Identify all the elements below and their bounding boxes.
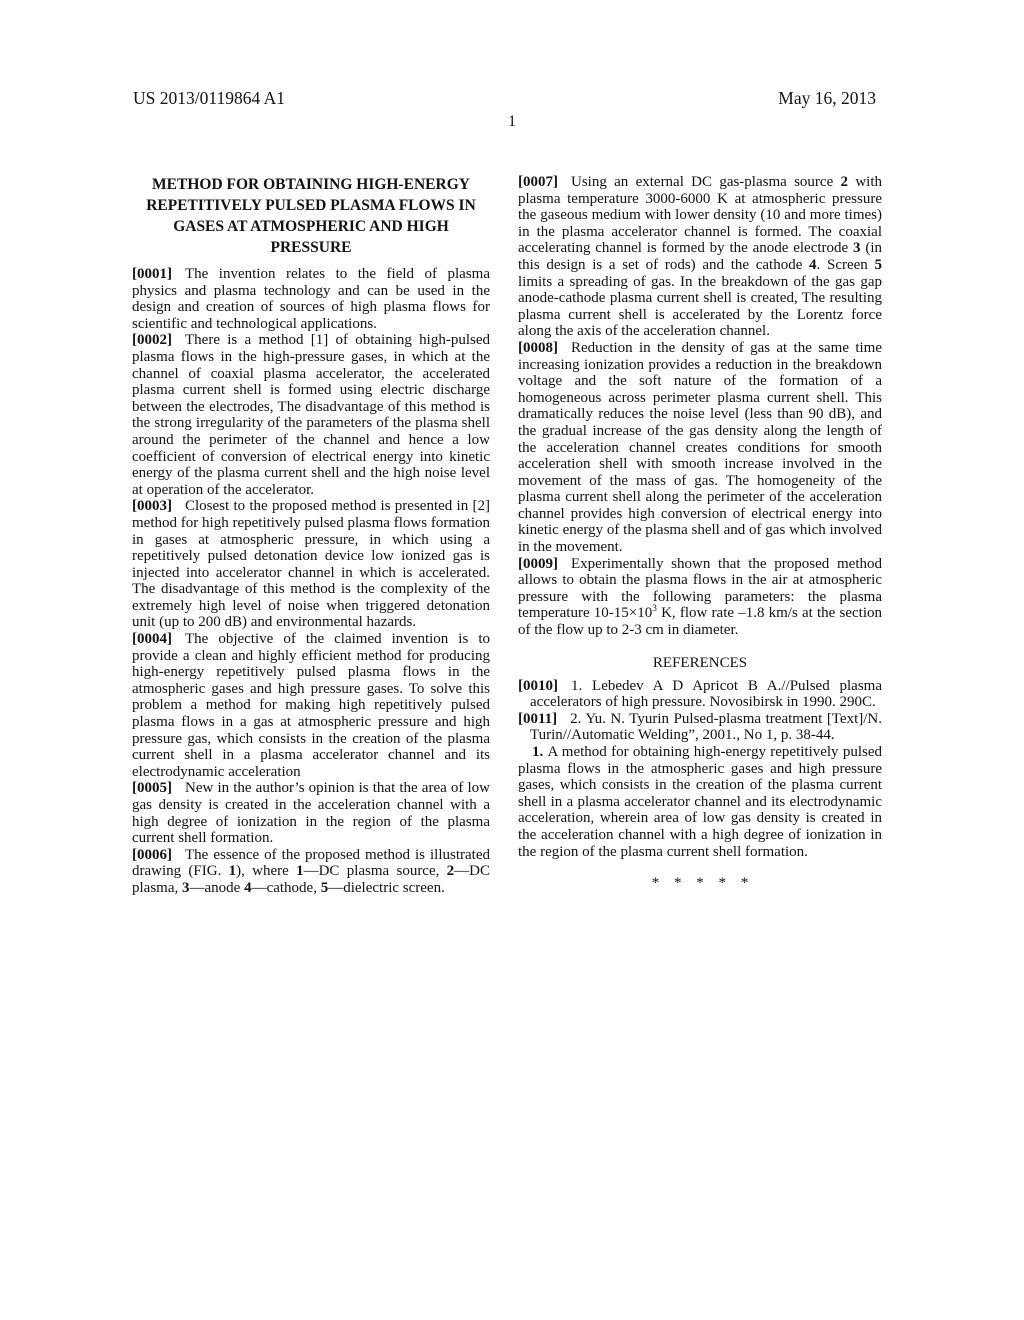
end-asterisks: * * * * * (518, 875, 882, 892)
references-heading: REFERENCES (518, 655, 882, 672)
patent-number: US 2013/0119864 A1 (133, 88, 285, 109)
paragraph-0008: [0008]Reduction in the density of gas at… (518, 340, 882, 556)
paragraph-0007: [0007]Using an external DC gas-plasma so… (518, 174, 882, 340)
paragraph-0003: [0003]Closest to the proposed method is … (132, 498, 490, 631)
title-line: PRESSURE (132, 237, 490, 258)
claim-1: 1. A method for obtaining high-energy re… (518, 744, 882, 860)
page-header: US 2013/0119864 A1 May 16, 2013 (133, 88, 876, 109)
title-line: METHOD FOR OBTAINING HIGH-ENERGY (132, 174, 490, 195)
right-column: [0007]Using an external DC gas-plasma so… (518, 174, 882, 897)
title-line: GASES AT ATMOSPHERIC AND HIGH (132, 216, 490, 237)
page-number: 1 (0, 113, 1024, 131)
left-column: METHOD FOR OBTAINING HIGH-ENERGY REPETIT… (132, 174, 490, 897)
paragraph-0001: [0001]The invention relates to the field… (132, 266, 490, 332)
paragraph-0002: [0002]There is a method [1] of obtaining… (132, 332, 490, 498)
invention-title: METHOD FOR OBTAINING HIGH-ENERGY REPETIT… (132, 174, 490, 258)
paragraph-0005: [0005]New in the author’s opinion is tha… (132, 780, 490, 846)
reference-0011: [0011]2. Yu. N. Tyurin Pulsed-plasma tre… (518, 711, 882, 744)
paragraph-0006: [0006]The essence of the proposed method… (132, 847, 490, 897)
title-line: REPETITIVELY PULSED PLASMA FLOWS IN (132, 195, 490, 216)
publication-date: May 16, 2013 (778, 88, 876, 109)
paragraph-0009: [0009]Experimentally shown that the prop… (518, 556, 882, 639)
paragraph-0004: [0004]The objective of the claimed inven… (132, 631, 490, 780)
reference-0010: [0010]1. Lebedev A D Apricot B A.//Pulse… (518, 678, 882, 711)
page-body: METHOD FOR OBTAINING HIGH-ENERGY REPETIT… (132, 174, 882, 897)
